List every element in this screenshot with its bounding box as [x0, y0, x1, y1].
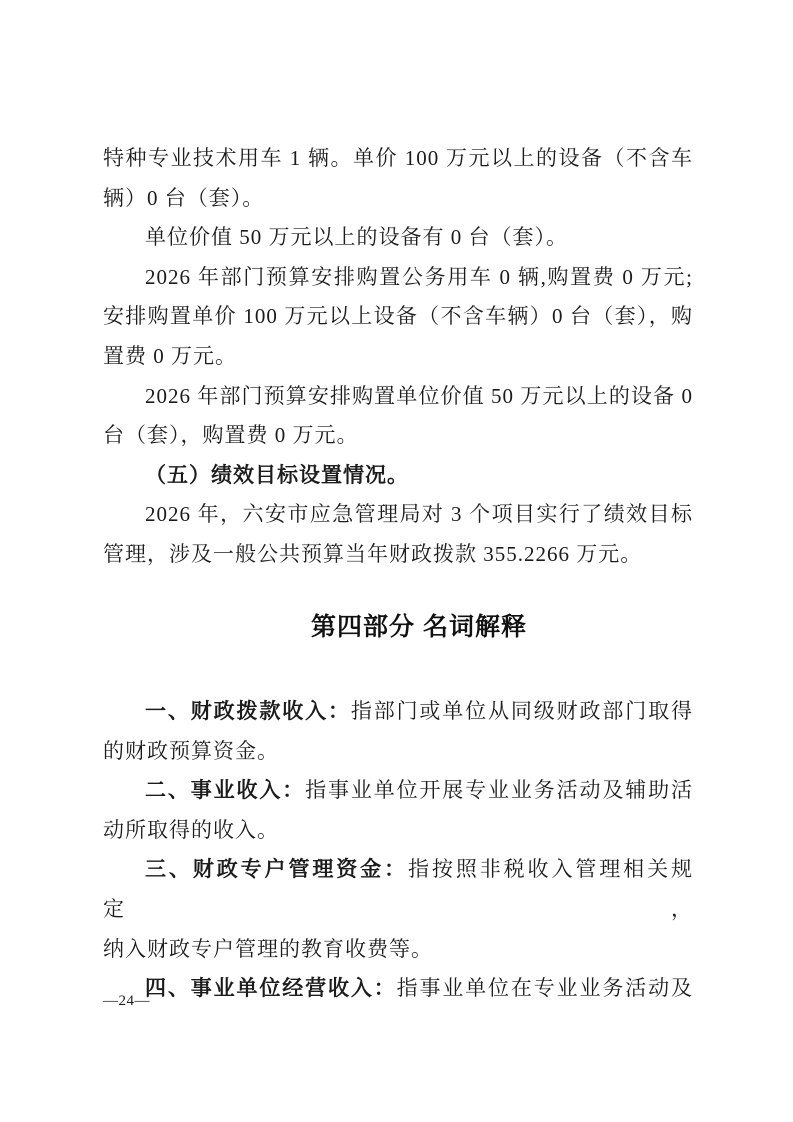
document-page: 特种专业技术用车 1 辆。单价 100 万元以上的设备（不含车 辆）0 台（套）…	[0, 0, 793, 1122]
body-line: 台（套），购置费 0 万元。	[103, 416, 693, 456]
body-line: 2026 年，六安市应急管理局对 3 个项目实行了绩效目标	[103, 495, 693, 535]
body-line: 安排购置单价 100 万元以上设备（不含车辆）0 台（套），购	[103, 297, 693, 337]
body-line: 管理，涉及一般公共预算当年财政拨款 355.2266 万元。	[103, 535, 693, 575]
body-line: 的财政预算资金。	[103, 732, 693, 772]
sub-heading-performance-targets: （五）绩效目标设置情况。	[103, 456, 693, 496]
part4-heading: 第四部分 名词解释	[103, 607, 693, 647]
body-line: 纳入财政专户管理的教育收费等。	[103, 930, 693, 970]
term-label: 四、事业单位经营收入：	[145, 977, 397, 1000]
term-definition: 指事业单位开展专业业务活动及辅助活	[305, 778, 693, 802]
body-line: 2026 年部门预算安排购置公务用车 0 辆,购置费 0 万元;	[103, 258, 693, 298]
part3-text-block: 特种专业技术用车 1 辆。单价 100 万元以上的设备（不含车 辆）0 台（套）…	[103, 139, 693, 575]
body-line: 特种专业技术用车 1 辆。单价 100 万元以上的设备（不含车	[103, 139, 693, 179]
term-label: 二、事业收入：	[145, 779, 305, 802]
body-line: 置费 0 万元。	[103, 337, 693, 377]
term-line: 二、事业收入：指事业单位开展专业业务活动及辅助活	[103, 771, 693, 811]
term-definition: 指事业单位在专业业务活动及	[397, 976, 693, 1000]
body-line: 2026 年部门预算安排购置单位价值 50 万元以上的设备 0	[103, 377, 693, 417]
body-line: 单位价值 50 万元以上的设备有 0 台（套）。	[103, 218, 693, 258]
term-label: 一、财政拨款收入：	[145, 700, 351, 723]
term-line: 一、财政拨款收入：指部门或单位从同级财政部门取得	[103, 692, 693, 732]
part4-text-block: 一、财政拨款收入：指部门或单位从同级财政部门取得 的财政预算资金。 二、事业收入…	[103, 692, 693, 1009]
body-line: 动所取得的收入。	[103, 811, 693, 851]
term-label: 三、财政专户管理资金：	[145, 858, 408, 881]
page-number: —24—	[103, 991, 150, 1011]
term-definition: 指部门或单位从同级财政部门取得	[351, 699, 693, 723]
term-line: 三、财政专户管理资金：指按照非税收入管理相关规定，	[103, 850, 693, 929]
term-line: 四、事业单位经营收入：指事业单位在专业业务活动及	[103, 969, 693, 1009]
body-line: 辆）0 台（套）。	[103, 179, 693, 219]
